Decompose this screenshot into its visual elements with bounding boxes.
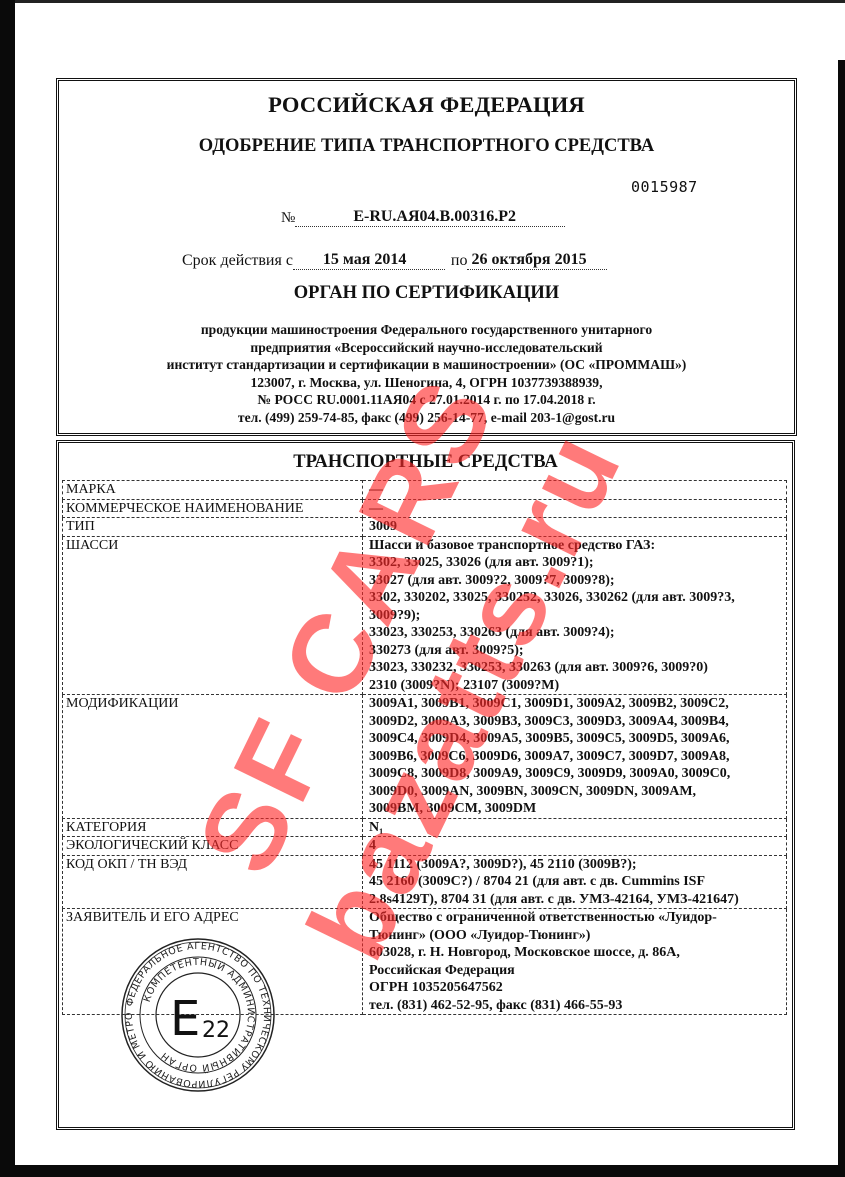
scan-edge-bottom [15,1165,845,1177]
certification-body-description: продукции машиностроения Федерального го… [56,321,797,426]
row-value-line: Тюнинг» (ООО «Луидор-Тюнинг») [369,927,783,945]
table-row: ТИП3009 [63,518,787,537]
row-value-line: 2310 (3009?N); 23107 (3009?M) [369,677,783,695]
row-value-line: Шасси и базовое транспортное средство ГА… [369,537,783,555]
row-value: Шасси и базовое транспортное средство ГА… [363,536,787,695]
row-label: ШАССИ [63,536,363,695]
row-value-line: 45 1112 (3009A?, 3009D?), 45 2110 (3009B… [369,856,783,874]
approval-number-line: № E-RU.АЯ04.В.00316.Р2 [281,208,565,227]
row-label: ТИП [63,518,363,537]
row-value-line: 33023, 330232, 330253, 330263 (для авт. … [369,659,783,677]
row-value-line: тел. (831) 462-52-95, факс (831) 466-55-… [369,997,783,1015]
table-row: ЭКОЛОГИЧЕСКИЙ КЛАСС4 [63,837,787,856]
row-value-line: 3302, 330202, 33025, 330252, 33026, 3302… [369,589,783,607]
row-label: МОДИФИКАЦИИ [63,695,363,819]
row-value-line: 3009D0, 3009AN, 3009BN, 3009CN, 3009DN, … [369,783,783,801]
scan-edge-top [15,0,845,3]
country-title: РОССИЙСКАЯ ФЕДЕРАЦИЯ [56,92,797,118]
row-value-line: 2.8s4129T), 8704 31 (для авт. с дв. УМЗ-… [369,891,783,909]
row-value-line: 4 [369,837,783,855]
validity-line: Срок действия с 15 мая 2014 по 26 октябр… [182,251,607,270]
certification-body-line: тел. (499) 259-74-85, факс (499) 256-14-… [56,409,797,427]
table-row: МАРКА— [63,481,787,500]
certification-body-line: 123007, г. Москва, ул. Шеногина, 4, ОГРН… [56,374,797,392]
row-value: — [363,499,787,518]
row-value-line: 603028, г. Н. Новгород, Московское шоссе… [369,944,783,962]
row-value-line: 33027 (для авт. 3009?2, 3009?7, 3009?8); [369,572,783,590]
row-value-line: — [369,500,783,518]
approval-number: E-RU.АЯ04.В.00316.Р2 [295,208,565,227]
certification-body-line: продукции машиностроения Федерального го… [56,321,797,339]
validity-from: 15 мая 2014 [293,251,445,270]
row-value: 4 [363,837,787,856]
row-value-line: 3009?9); [369,607,783,625]
vehicles-title: ТРАНСПОРТНЫЕ СРЕДСТВА [56,452,795,473]
certification-body-line: предприятия «Всероссийский научно-исслед… [56,339,797,357]
row-value-line: 45 2160 (3009C?) / 8704 21 (для авт. с д… [369,873,783,891]
table-row: КОД ОКП / ТН ВЭД45 1112 (3009A?, 3009D?)… [63,855,787,909]
validity-to: 26 октября 2015 [467,251,607,270]
row-value-line: 33023, 330253, 330263 (для авт. 3009?4); [369,624,783,642]
row-label: КАТЕГОРИЯ [63,818,363,837]
certification-body-title: ОРГАН ПО СЕРТИФИКАЦИИ [56,283,797,304]
certification-body-line: № РОСС RU.0001.11АЯ04 с 27.01.2014 г. по… [56,391,797,409]
scan-edge-left [0,0,15,1177]
row-label: КОММЕРЧЕСКОЕ НАИМЕНОВАНИЕ [63,499,363,518]
validity-to-label: по [451,252,468,270]
row-value: 45 1112 (3009A?, 3009D?), 45 2110 (3009B… [363,855,787,909]
row-value: 3009A1, 3009B1, 3009C1, 3009D1, 3009A2, … [363,695,787,819]
row-value: Общество с ограниченной ответственностью… [363,909,787,1015]
serial-number: 0015987 [631,178,698,196]
row-value-line: 3009 [369,518,783,536]
table-row: МОДИФИКАЦИИ3009A1, 3009B1, 3009C1, 3009D… [63,695,787,819]
row-value-line: 3009C4, 3009D4, 3009A5, 3009B5, 3009C5, … [369,730,783,748]
round-seal-stamp-icon: ФЕДЕРАЛЬНОЕ АГЕНТСТВО ПО ТЕХНИЧЕСКОМУ РЕ… [118,935,278,1095]
row-value-line: 3009BM, 3009CM, 3009DM [369,800,783,818]
row-value-line: Общество с ограниченной ответственностью… [369,909,783,927]
row-value-line: — [369,481,783,499]
row-label: КОД ОКП / ТН ВЭД [63,855,363,909]
row-label: ЭКОЛОГИЧЕСКИЙ КЛАСС [63,837,363,856]
row-value: N₁ [363,818,787,837]
number-label: № [281,210,295,227]
table-row: КАТЕГОРИЯN₁ [63,818,787,837]
svg-text:22: 22 [202,1018,230,1043]
table-row: КОММЕРЧЕСКОЕ НАИМЕНОВАНИЕ— [63,499,787,518]
row-value-line: 3009D2, 3009A3, 3009B3, 3009C3, 3009D3, … [369,713,783,731]
row-value-line: ОГРН 1035205647562 [369,979,783,997]
certification-body-line: институт стандартизации и сертификации в… [56,356,797,374]
row-value: — [363,481,787,500]
row-value: 3009 [363,518,787,537]
document-title: ОДОБРЕНИЕ ТИПА ТРАНСПОРТНОГО СРЕДСТВА [56,136,797,157]
scan-edge-right [838,60,845,1177]
svg-text:E: E [170,991,200,1047]
row-value-line: Российская Федерация [369,962,783,980]
row-value-line: 3009C8, 3009D8, 3009A9, 3009C9, 3009D9, … [369,765,783,783]
row-value-line: N₁ [369,819,783,837]
table-row: ШАССИШасси и базовое транспортное средст… [63,536,787,695]
row-value-line: 3302, 33025, 33026 (для авт. 3009?1); [369,554,783,572]
row-label: МАРКА [63,481,363,500]
row-value-line: 330273 (для авт. 3009?5); [369,642,783,660]
row-value-line: 3009B6, 3009C6, 3009D6, 3009A7, 3009C7, … [369,748,783,766]
validity-from-label: Срок действия с [182,252,293,270]
row-value-line: 3009A1, 3009B1, 3009C1, 3009D1, 3009A2, … [369,695,783,713]
